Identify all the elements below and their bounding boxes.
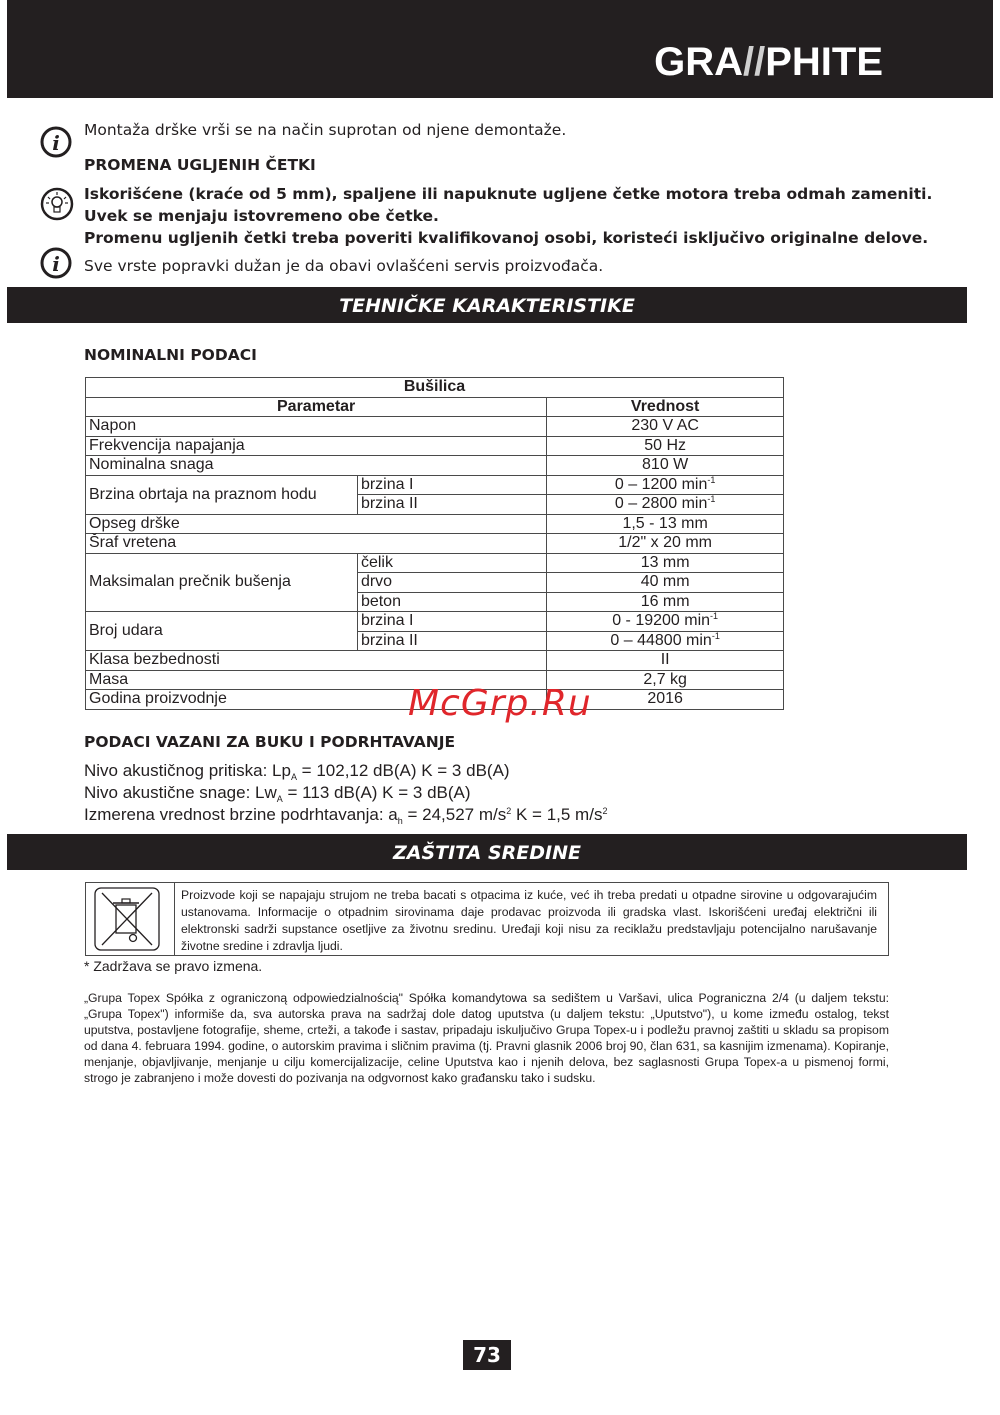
- header-bar: GRA//PHITE: [7, 0, 993, 98]
- graphite-logo: GRA//PHITE: [654, 40, 883, 85]
- table-row: Klasa bezbednostiII: [86, 651, 784, 671]
- section-title-tech: TEHNIČKE KARAKTERISTIKE: [7, 287, 967, 323]
- lightbulb-tip-icon: [40, 187, 74, 221]
- table-row: Brzina obrtaja na praznom hodu brzina I …: [86, 475, 784, 495]
- spec-table: Bušilica Parametar Vrednost Napon230 V A…: [85, 377, 784, 710]
- noise-heading: PODACI VAZANI ZA BUKU I PODRHTAVANJE: [84, 733, 455, 751]
- info-icon: i: [40, 247, 72, 279]
- table-header-row: Parametar Vrednost: [86, 397, 784, 417]
- vibration-value: Izmerena vrednost brzine podrhtavanja: a…: [84, 804, 607, 825]
- watermark: McGrp.Ru: [408, 683, 592, 724]
- brush-line-1: Iskorišćene (kraće od 5 mm), spaljene il…: [84, 185, 932, 203]
- table-row: Frekvencija napajanja50 Hz: [86, 436, 784, 456]
- noise-power: Nivo akustične snage: LwA = 113 dB(A) K …: [84, 782, 471, 803]
- environment-text: Proizvode koji se napajaju strujom ne tr…: [181, 887, 877, 955]
- table-row: Šraf vretena1/2" x 20 mm: [86, 534, 784, 554]
- brush-heading: PROMENA UGLJENIH ČETKI: [84, 156, 316, 174]
- info-text-assembly: Montaža drške vrši se na način suprotan …: [84, 121, 566, 139]
- table-row: Nominalna snaga810 W: [86, 456, 784, 476]
- page-number: 73: [463, 1340, 511, 1370]
- environment-box: Proizvode koji se napajaju strujom ne tr…: [85, 882, 889, 956]
- weee-crossed-bin-icon: [86, 883, 174, 955]
- rights-reserved-note: * Zadržava se pravo izmena.: [84, 958, 262, 974]
- table-row: Napon230 V AC: [86, 417, 784, 437]
- brush-line-2: Uvek se menjaju istovremeno obe četke.: [84, 207, 439, 225]
- noise-pressure: Nivo akustičnog pritiska: LpA = 102,12 d…: [84, 760, 510, 781]
- section-title-environment: ZAŠTITA SREDINE: [7, 834, 967, 870]
- table-row: Broj udara brzina I 0 - 19200 min-1: [86, 612, 784, 632]
- svg-text:i: i: [52, 252, 60, 276]
- table-title-row: Bušilica: [86, 378, 784, 398]
- legal-copyright-text: „Grupa Topex Spółka z ograniczoną odpowi…: [84, 990, 889, 1086]
- table-row: Opseg drške1,5 - 13 mm: [86, 514, 784, 534]
- table-row: Maksimalan prečnik bušenja čelik 13 mm: [86, 553, 784, 573]
- info-text-service: Sve vrste popravki dužan je da obavi ovl…: [84, 257, 603, 275]
- info-icon: i: [40, 126, 72, 158]
- brush-line-3: Promenu ugljenih četki treba poveriti kv…: [84, 229, 928, 247]
- nominal-heading: NOMINALNI PODACI: [84, 346, 257, 364]
- svg-text:i: i: [52, 131, 60, 155]
